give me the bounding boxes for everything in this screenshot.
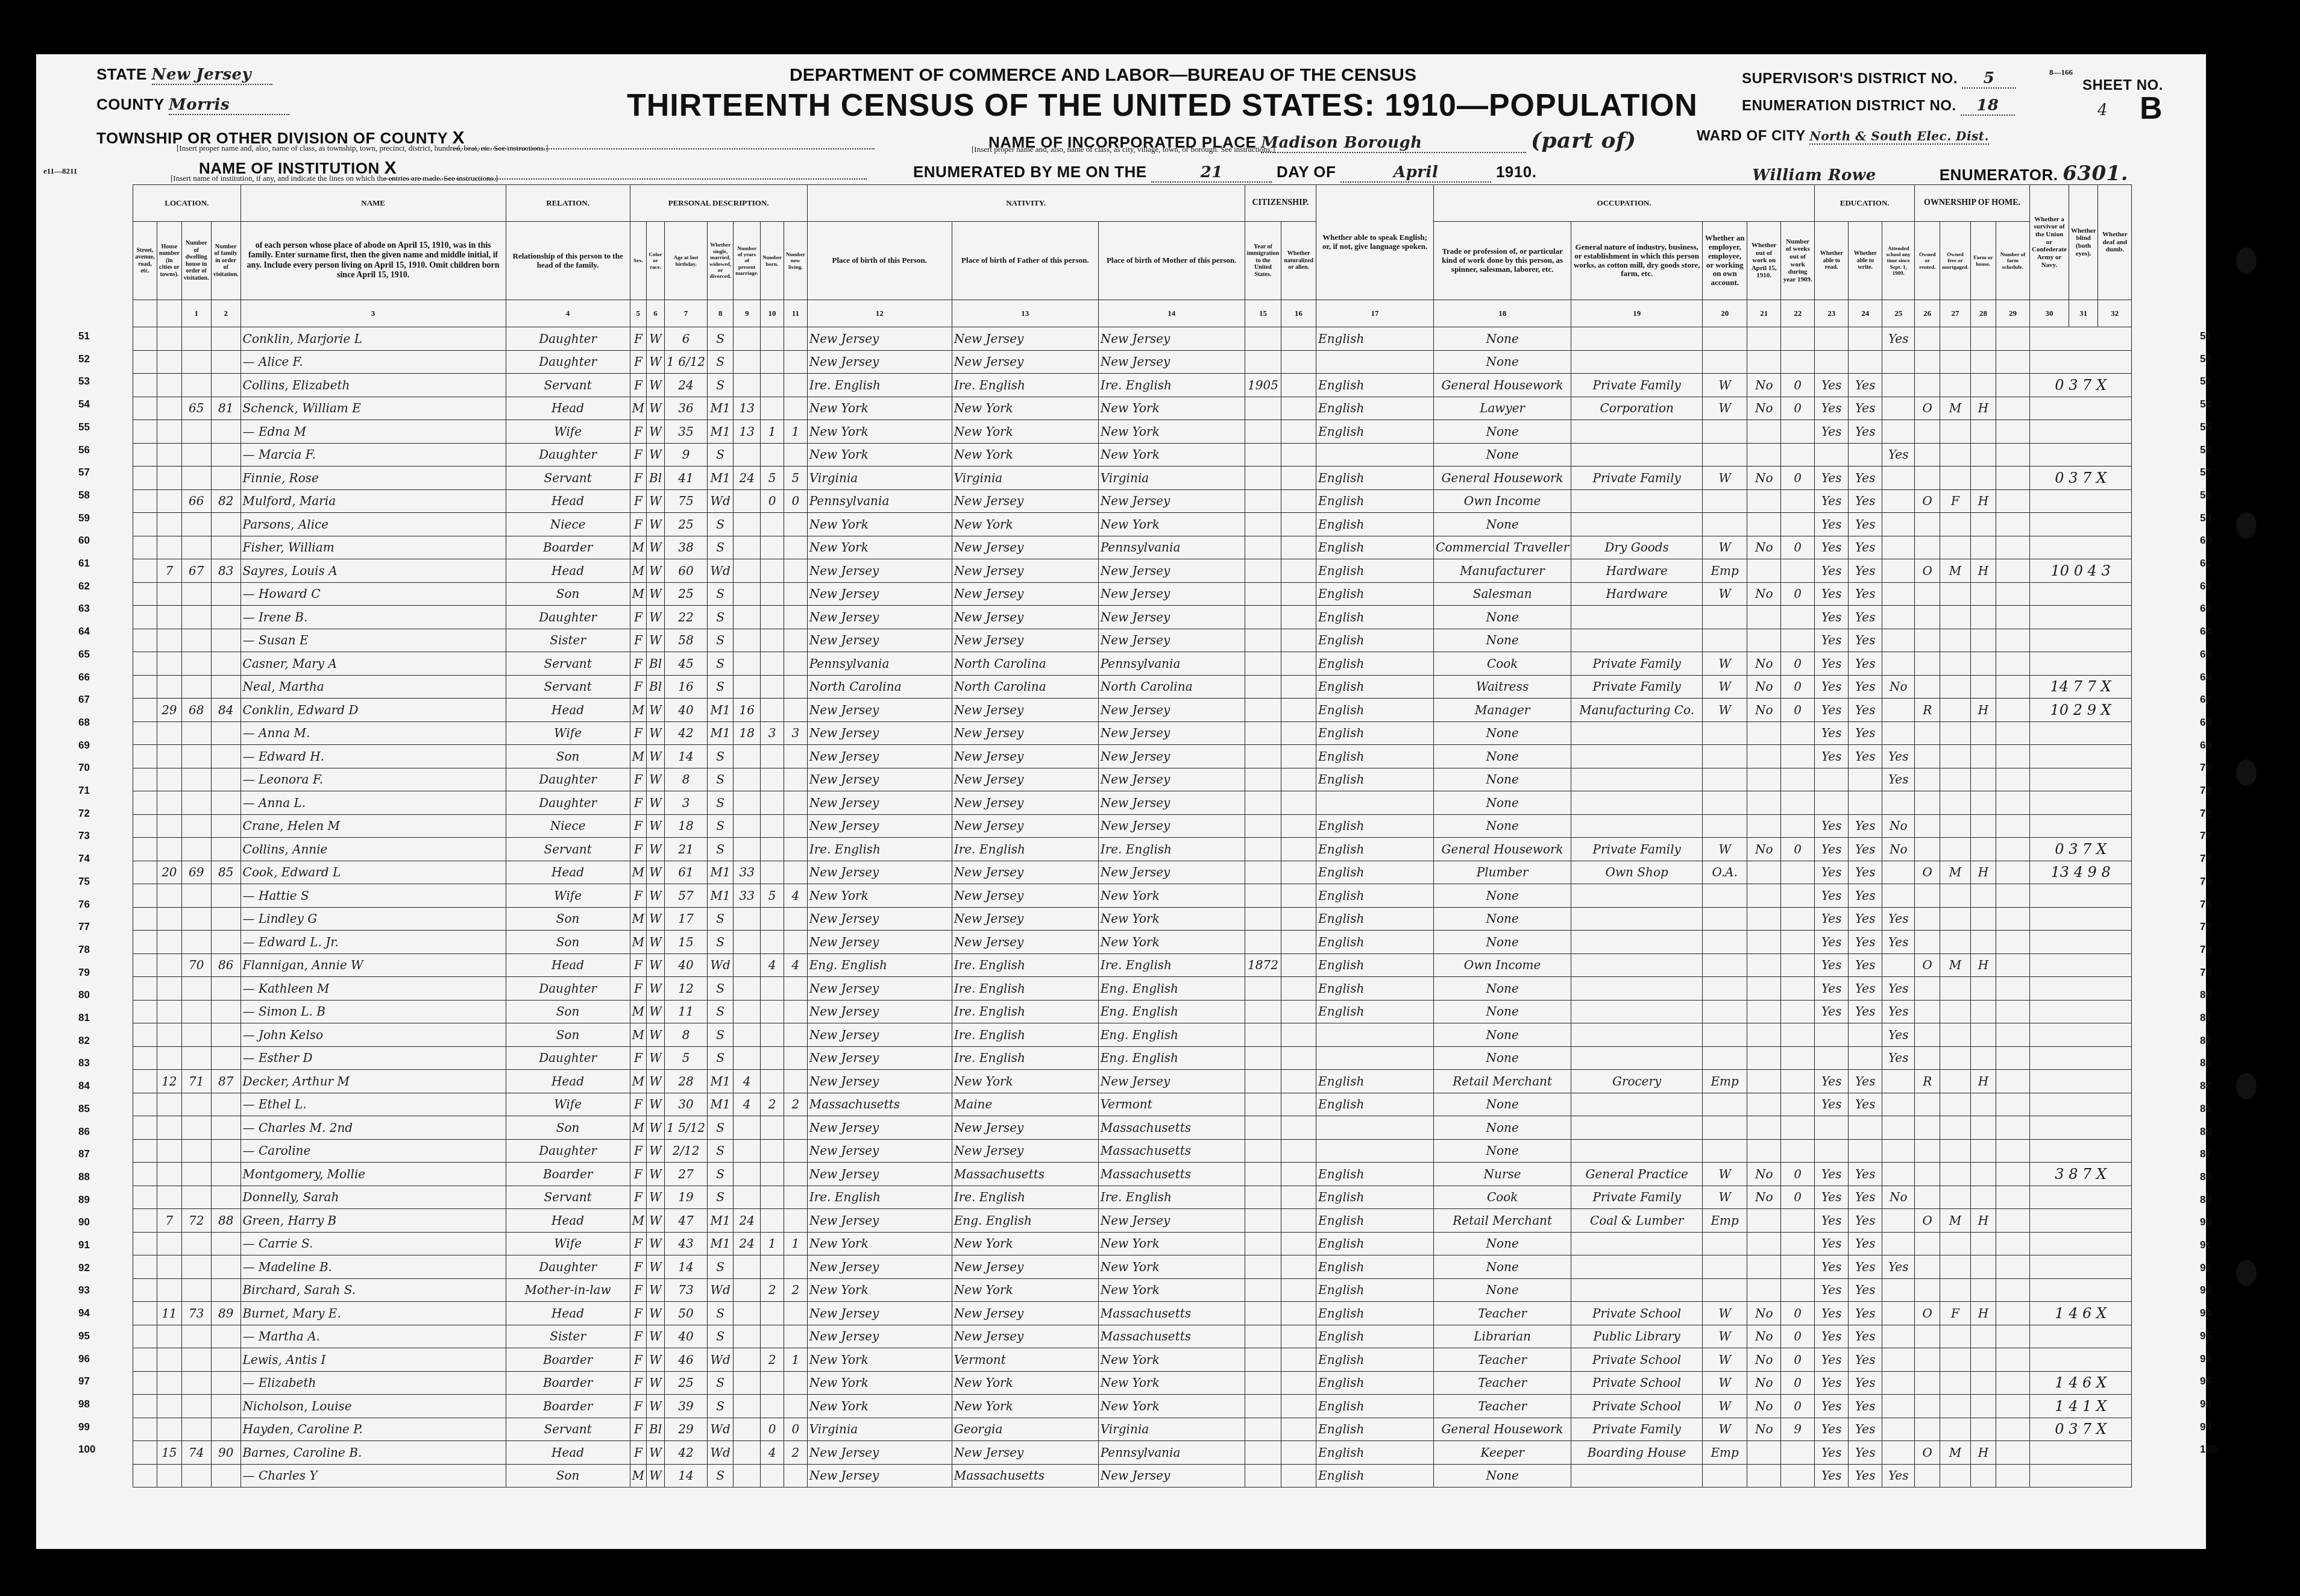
free-mortgaged-cell <box>1940 977 1971 1001</box>
out-of-work-cell: No <box>1747 652 1781 676</box>
marital-status-cell: S <box>708 675 734 699</box>
sex-cell: F <box>630 1441 646 1465</box>
employer-status-cell <box>1703 814 1747 838</box>
immigration-year-cell <box>1245 768 1281 791</box>
farm-schedule-cell <box>1996 536 2029 559</box>
birthplace-cell: New York <box>807 1348 952 1372</box>
children-living-cell <box>784 1023 807 1047</box>
school-cell <box>1882 1348 1915 1372</box>
can-read-cell: Yes <box>1815 907 1849 931</box>
years-married-cell <box>734 1371 761 1395</box>
immigration-year-cell <box>1245 907 1281 931</box>
weeks-out-cell <box>1781 1093 1815 1116</box>
farm-schedule-cell <box>1996 443 2029 467</box>
family-number-cell: 87 <box>211 1070 240 1093</box>
children-living-cell: 2 <box>784 1093 807 1116</box>
language-cell: English <box>1316 699 1434 722</box>
group-personal: PERSONAL DESCRIPTION. <box>630 185 807 222</box>
can-read-cell <box>1815 1023 1849 1047</box>
mother-birthplace-cell: New York <box>1098 513 1245 536</box>
can-write-cell: Yes <box>1849 699 1882 722</box>
children-living-cell <box>784 606 807 629</box>
dwelling-number-cell: 67 <box>181 559 211 583</box>
father-birthplace-cell: New Jersey <box>952 1325 1098 1348</box>
free-mortgaged-cell <box>1940 1255 1971 1279</box>
out-of-work-cell: No <box>1747 582 1781 606</box>
relation-cell: Boarder <box>506 1348 630 1372</box>
house-number-cell <box>157 582 182 606</box>
relation-cell: Servant <box>506 652 630 676</box>
marital-status-cell: S <box>708 1000 734 1023</box>
street-cell <box>133 838 157 861</box>
line-number-left: 75 <box>78 876 90 888</box>
language-cell: English <box>1316 977 1434 1001</box>
farm-schedule-cell <box>1996 1348 2029 1372</box>
relation-cell: Wife <box>506 721 630 745</box>
farm-schedule-cell <box>1996 1371 2029 1395</box>
immigration-year-cell <box>1245 1209 1281 1233</box>
code-cell <box>2029 1325 2131 1348</box>
children-born-cell <box>761 977 784 1001</box>
dwelling-number-cell <box>181 629 211 652</box>
children-born-cell <box>761 1070 784 1093</box>
column-number: 26 <box>1915 300 1940 327</box>
line-number-left: 63 <box>78 603 90 615</box>
line-number-left: 62 <box>78 580 90 592</box>
sex-cell: M <box>630 745 646 768</box>
enumerated-month: April <box>1340 163 1491 183</box>
free-mortgaged-cell: M <box>1940 861 1971 884</box>
out-of-work-cell <box>1747 1070 1781 1093</box>
house-number-cell <box>157 1395 182 1418</box>
immigration-year-cell <box>1245 1139 1281 1163</box>
family-number-cell <box>211 1395 240 1418</box>
header-born: Number born. <box>761 222 784 300</box>
children-living-cell: 2 <box>784 1441 807 1465</box>
school-cell <box>1882 1325 1915 1348</box>
children-living-cell: 1 <box>784 1232 807 1255</box>
name-cell: — Ethel L. <box>240 1093 506 1116</box>
trade-cell: None <box>1434 745 1571 768</box>
line-number-left: 69 <box>78 740 90 752</box>
age-cell: 36 <box>665 397 708 420</box>
line-number-left: 54 <box>78 398 90 410</box>
children-living-cell <box>784 1116 807 1140</box>
age-cell: 75 <box>665 489 708 513</box>
line-number-left: 84 <box>78 1080 90 1092</box>
can-write-cell: Yes <box>1849 1464 1882 1488</box>
owned-rented-cell <box>1915 513 1940 536</box>
children-born-cell: 2 <box>761 1093 784 1116</box>
school-cell <box>1882 1163 1915 1186</box>
line-number-right: 65 <box>2200 649 2211 661</box>
can-write-cell: Yes <box>1849 1325 1882 1348</box>
school-cell <box>1882 1395 1915 1418</box>
line-number-left: 79 <box>78 967 90 979</box>
can-read-cell: Yes <box>1815 1348 1849 1372</box>
language-cell: English <box>1316 1255 1434 1279</box>
language-cell: English <box>1316 559 1434 583</box>
weeks-out-cell <box>1781 931 1815 954</box>
mother-birthplace-cell: New York <box>1098 443 1245 467</box>
farm-house-cell: H <box>1970 397 1996 420</box>
column-number: 9 <box>734 300 761 327</box>
farm-house-cell: H <box>1970 1209 1996 1233</box>
farm-house-cell <box>1970 1395 1996 1418</box>
industry-cell: Dry Goods <box>1571 536 1703 559</box>
age-cell: 73 <box>665 1278 708 1302</box>
header-relation: Relationship of this person to the head … <box>506 222 630 300</box>
code-cell: 14 7 7 X <box>2029 675 2131 699</box>
family-number-cell <box>211 467 240 490</box>
trade-cell: None <box>1434 1093 1571 1116</box>
children-born-cell <box>761 675 784 699</box>
free-mortgaged-cell <box>1940 443 1971 467</box>
can-read-cell: Yes <box>1815 420 1849 444</box>
code-cell <box>2029 1070 2131 1093</box>
employer-status-cell: W <box>1703 1395 1747 1418</box>
can-read-cell: Yes <box>1815 1232 1849 1255</box>
marital-status-cell: M1 <box>708 721 734 745</box>
children-living-cell: 5 <box>784 467 807 490</box>
age-cell: 8 <box>665 768 708 791</box>
language-cell: English <box>1316 1000 1434 1023</box>
street-cell <box>133 1302 157 1325</box>
father-birthplace-cell: Massachusetts <box>952 1163 1098 1186</box>
name-cell: — Leonora F. <box>240 768 506 791</box>
can-write-cell: Yes <box>1849 1441 1882 1465</box>
column-number: 22 <box>1781 300 1815 327</box>
sex-cell: F <box>630 954 646 977</box>
birthplace-cell: New Jersey <box>807 1139 952 1163</box>
weeks-out-cell: 0 <box>1781 838 1815 861</box>
family-number-cell <box>211 907 240 931</box>
children-born-cell <box>761 374 784 397</box>
immigration-year-cell: 1905 <box>1245 374 1281 397</box>
children-born-cell <box>761 1464 784 1488</box>
out-of-work-cell <box>1747 1278 1781 1302</box>
line-number-left: 59 <box>78 512 90 524</box>
father-birthplace-cell: New Jersey <box>952 884 1098 908</box>
father-birthplace-cell: New York <box>952 397 1098 420</box>
can-read-cell: Yes <box>1815 513 1849 536</box>
line-number-right: 71 <box>2200 785 2211 797</box>
weeks-out-cell <box>1781 1046 1815 1070</box>
marital-status-cell: M1 <box>708 397 734 420</box>
children-living-cell <box>784 1371 807 1395</box>
out-of-work-cell <box>1747 745 1781 768</box>
supervisor-district-value: 5 <box>1962 69 2016 89</box>
years-married-cell <box>734 1418 761 1441</box>
school-cell <box>1882 721 1915 745</box>
name-cell: Lewis, Antis I <box>240 1348 506 1372</box>
sex-cell: F <box>630 1255 646 1279</box>
language-cell: English <box>1316 582 1434 606</box>
birthplace-cell: New Jersey <box>807 1070 952 1093</box>
farm-schedule-cell <box>1996 1163 2029 1186</box>
weeks-out-cell <box>1781 954 1815 977</box>
race-cell: W <box>647 1023 665 1047</box>
farm-schedule-cell <box>1996 1464 2029 1488</box>
industry-cell <box>1571 814 1703 838</box>
immigration-year-cell <box>1245 443 1281 467</box>
out-of-work-cell: No <box>1747 675 1781 699</box>
farm-schedule-cell <box>1996 884 2029 908</box>
father-birthplace-cell: New York <box>952 1070 1098 1093</box>
naturalization-cell <box>1281 1278 1316 1302</box>
children-living-cell <box>784 1163 807 1186</box>
language-cell: English <box>1316 1302 1434 1325</box>
children-living-cell <box>784 374 807 397</box>
birthplace-cell: New Jersey <box>807 861 952 884</box>
naturalization-cell <box>1281 1209 1316 1233</box>
children-born-cell <box>761 838 784 861</box>
weeks-out-cell <box>1781 513 1815 536</box>
mother-birthplace-cell: Vermont <box>1098 1093 1245 1116</box>
sex-cell: F <box>630 1139 646 1163</box>
years-married-cell <box>734 1255 761 1279</box>
trade-cell: Retail Merchant <box>1434 1209 1571 1233</box>
county-value: Morris <box>169 96 289 115</box>
mother-birthplace-cell: Ire. English <box>1098 1186 1245 1209</box>
owned-rented-cell <box>1915 652 1940 676</box>
free-mortgaged-cell <box>1940 1000 1971 1023</box>
trade-cell: None <box>1434 1232 1571 1255</box>
employer-status-cell <box>1703 420 1747 444</box>
dwelling-number-cell <box>181 652 211 676</box>
trade-cell: Lawyer <box>1434 397 1571 420</box>
mother-birthplace-cell: Massachusetts <box>1098 1163 1245 1186</box>
birthplace-cell: New Jersey <box>807 1255 952 1279</box>
mother-birthplace-cell: New York <box>1098 1395 1245 1418</box>
house-number-cell <box>157 374 182 397</box>
owned-rented-cell: O <box>1915 1441 1940 1465</box>
relation-cell: Daughter <box>506 1046 630 1070</box>
marital-status-cell: S <box>708 1163 734 1186</box>
house-number-cell <box>157 1000 182 1023</box>
family-number-cell <box>211 791 240 815</box>
birthplace-cell: New York <box>807 513 952 536</box>
language-cell: English <box>1316 907 1434 931</box>
farm-house-cell <box>1970 768 1996 791</box>
table-row: — John KelsoSonMW8SNew JerseyIre. Englis… <box>133 1023 2132 1047</box>
family-number-cell <box>211 1046 240 1070</box>
street-cell <box>133 443 157 467</box>
age-cell: 30 <box>665 1093 708 1116</box>
school-cell: No <box>1882 1186 1915 1209</box>
language-cell: English <box>1316 1070 1434 1093</box>
relation-cell: Head <box>506 1209 630 1233</box>
employer-status-cell <box>1703 931 1747 954</box>
employer-status-cell <box>1703 1093 1747 1116</box>
code-cell <box>2029 954 2131 977</box>
children-living-cell <box>784 1325 807 1348</box>
farm-house-cell: H <box>1970 954 1996 977</box>
owned-rented-cell <box>1915 1278 1940 1302</box>
relation-cell: Son <box>506 1000 630 1023</box>
can-read-cell: Yes <box>1815 397 1849 420</box>
dwelling-number-cell <box>181 327 211 351</box>
line-number-left: 53 <box>78 375 90 388</box>
code-cell <box>2029 629 2131 652</box>
column-number: 13 <box>952 300 1098 327</box>
house-number-cell <box>157 721 182 745</box>
street-cell <box>133 1255 157 1279</box>
state-field: STATE New Jersey <box>96 65 272 85</box>
father-birthplace-cell: New Jersey <box>952 1441 1098 1465</box>
industry-cell <box>1571 1255 1703 1279</box>
naturalization-cell <box>1281 1116 1316 1140</box>
naturalization-cell <box>1281 675 1316 699</box>
years-married-cell <box>734 513 761 536</box>
race-cell: W <box>647 1116 665 1140</box>
line-number-right: 89 <box>2200 1194 2211 1206</box>
birthplace-cell: New Jersey <box>807 814 952 838</box>
relation-cell: Niece <box>506 513 630 536</box>
mother-birthplace-cell: New Jersey <box>1098 606 1245 629</box>
house-number-cell <box>157 1348 182 1372</box>
relation-cell: Servant <box>506 1186 630 1209</box>
naturalization-cell <box>1281 374 1316 397</box>
family-number-cell <box>211 1139 240 1163</box>
immigration-year-cell <box>1245 1093 1281 1116</box>
line-number-right: 91 <box>2200 1239 2211 1251</box>
language-cell: English <box>1316 1325 1434 1348</box>
father-birthplace-cell: New Jersey <box>952 1255 1098 1279</box>
house-number-cell <box>157 814 182 838</box>
industry-cell <box>1571 1278 1703 1302</box>
weeks-out-cell <box>1781 721 1815 745</box>
language-cell: English <box>1316 1186 1434 1209</box>
years-married-cell <box>734 931 761 954</box>
owned-rented-cell <box>1915 374 1940 397</box>
dwelling-number-cell <box>181 467 211 490</box>
can-read-cell: Yes <box>1815 1464 1849 1488</box>
children-born-cell <box>761 327 784 351</box>
owned-rented-cell <box>1915 327 1940 351</box>
industry-cell <box>1571 1232 1703 1255</box>
weeks-out-cell <box>1781 884 1815 908</box>
immigration-year-cell <box>1245 420 1281 444</box>
weeks-out-cell: 0 <box>1781 1371 1815 1395</box>
dwelling-number-cell <box>181 350 211 374</box>
language-cell: English <box>1316 1348 1434 1372</box>
relation-cell: Boarder <box>506 1371 630 1395</box>
immigration-year-cell <box>1245 350 1281 374</box>
father-birthplace-cell: New Jersey <box>952 721 1098 745</box>
naturalization-cell <box>1281 350 1316 374</box>
line-number-left: 68 <box>78 717 90 729</box>
sex-cell: F <box>630 768 646 791</box>
years-married-cell: 18 <box>734 721 761 745</box>
can-read-cell: Yes <box>1815 536 1849 559</box>
sex-cell: M <box>630 1209 646 1233</box>
marital-status-cell: S <box>708 977 734 1001</box>
farm-schedule-cell <box>1996 907 2029 931</box>
trade-cell: None <box>1434 1139 1571 1163</box>
can-read-cell: Yes <box>1815 374 1849 397</box>
out-of-work-cell <box>1747 931 1781 954</box>
street-cell <box>133 513 157 536</box>
header-employer: Whether an employer, employee, or workin… <box>1703 222 1747 300</box>
farm-house-cell: H <box>1970 861 1996 884</box>
trade-cell: General Housework <box>1434 1418 1571 1441</box>
years-married-cell: 16 <box>734 699 761 722</box>
language-cell: English <box>1316 931 1434 954</box>
out-of-work-cell: No <box>1747 536 1781 559</box>
language-cell: English <box>1316 652 1434 676</box>
age-cell: 25 <box>665 513 708 536</box>
family-number-cell <box>211 768 240 791</box>
children-living-cell: 3 <box>784 721 807 745</box>
marital-status-cell: M1 <box>708 1209 734 1233</box>
header-weeks-out: Number of weeks out of work during year … <box>1781 222 1815 300</box>
farm-schedule-cell <box>1996 1255 2029 1279</box>
marital-status-cell: Wd <box>708 1348 734 1372</box>
children-born-cell <box>761 536 784 559</box>
farm-house-cell <box>1970 1325 1996 1348</box>
out-of-work-cell <box>1747 489 1781 513</box>
code-cell: 0 3 7 X <box>2029 467 2131 490</box>
out-of-work-cell <box>1747 350 1781 374</box>
mother-birthplace-cell: New Jersey <box>1098 559 1245 583</box>
house-number-cell <box>157 1278 182 1302</box>
owned-rented-cell <box>1915 1464 1940 1488</box>
weeks-out-cell: 9 <box>1781 1418 1815 1441</box>
mother-birthplace-cell: New York <box>1098 1232 1245 1255</box>
mother-birthplace-cell: Massachusetts <box>1098 1325 1245 1348</box>
children-living-cell <box>784 1209 807 1233</box>
farm-schedule-cell <box>1996 1116 2029 1140</box>
birthplace-cell: New Jersey <box>807 721 952 745</box>
line-number-right: 78 <box>2200 944 2211 956</box>
mother-birthplace-cell: Eng. English <box>1098 1046 1245 1070</box>
house-number-cell <box>157 838 182 861</box>
trade-cell: General Housework <box>1434 838 1571 861</box>
line-number-right: 57 <box>2200 467 2211 479</box>
immigration-year-cell <box>1245 582 1281 606</box>
age-cell: 40 <box>665 699 708 722</box>
industry-cell <box>1571 791 1703 815</box>
code-cell <box>2029 1023 2131 1047</box>
naturalization-cell <box>1281 1395 1316 1418</box>
language-cell: English <box>1316 884 1434 908</box>
dwelling-number-cell <box>181 675 211 699</box>
trade-cell: General Housework <box>1434 374 1571 397</box>
school-cell <box>1882 954 1915 977</box>
house-number-cell <box>157 1371 182 1395</box>
table-row: 296884Conklin, Edward DHeadMW40M116New J… <box>133 699 2132 722</box>
sex-cell: M <box>630 907 646 931</box>
immigration-year-cell <box>1245 675 1281 699</box>
column-number: 5 <box>630 300 646 327</box>
family-number-cell: 86 <box>211 954 240 977</box>
school-cell <box>1882 559 1915 583</box>
dwelling-number-cell: 70 <box>181 954 211 977</box>
children-born-cell <box>761 1023 784 1047</box>
family-number-cell: 83 <box>211 559 240 583</box>
age-cell: 42 <box>665 721 708 745</box>
industry-cell <box>1571 884 1703 908</box>
children-born-cell: 0 <box>761 489 784 513</box>
father-birthplace-cell: New Jersey <box>952 489 1098 513</box>
header-farm-schedule: Number of farm schedule. <box>1996 222 2029 300</box>
free-mortgaged-cell <box>1940 420 1971 444</box>
age-cell: 60 <box>665 559 708 583</box>
children-living-cell <box>784 559 807 583</box>
can-write-cell: Yes <box>1849 1278 1882 1302</box>
language-cell <box>1316 791 1434 815</box>
